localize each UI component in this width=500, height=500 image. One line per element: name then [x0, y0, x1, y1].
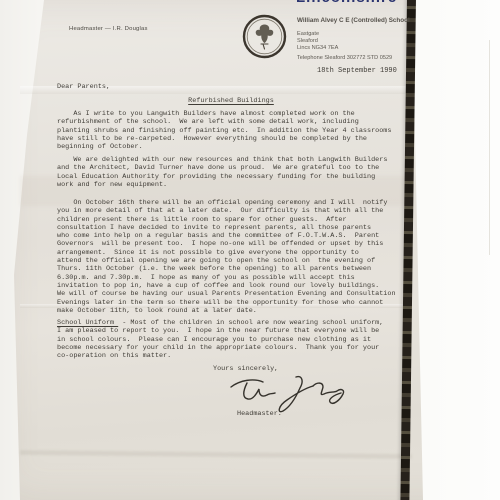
clipped-letterhead-county-word: Lincolnshire: [296, 0, 416, 7]
signed-title: Headmaster.: [237, 410, 282, 418]
address-line: Eastgate: [297, 31, 319, 37]
address-line: Sleaford: [297, 38, 318, 44]
scanned-letter-photo: Lincolnshire Headmaster — I.R. Douglas W…: [0, 0, 500, 500]
county-word-text: Lincolnshire: [296, 0, 397, 6]
paragraph-refurbishment: As I write to you Langwith Builders have…: [57, 110, 413, 151]
subject-heading: Refurbished Buildings: [57, 97, 405, 105]
school-uniform-heading: School Uniform: [57, 319, 118, 327]
letter-date: 18th September 1990: [317, 67, 397, 75]
school-crest-icon: [241, 13, 288, 65]
paragraph-school-uniform: School Uniform - Most of the children in…: [57, 319, 413, 360]
paragraph-opening-ceremony: On October 16th there will be an officia…: [57, 199, 413, 315]
background-paper-edge: [489, 40, 490, 255]
telephone-line: Telephone Sleaford 302772 STD 0529: [297, 55, 392, 61]
school-name: William Alvey C E (Controlled) School: [297, 17, 410, 24]
salutation: Dear Parents,: [57, 83, 110, 91]
headmaster-name-line: Headmaster — I.R. Douglas: [69, 26, 148, 32]
address-line: Lincs NG34 7EA: [297, 45, 338, 51]
paragraph-thanks: We are delighted with our new resources …: [57, 156, 413, 189]
